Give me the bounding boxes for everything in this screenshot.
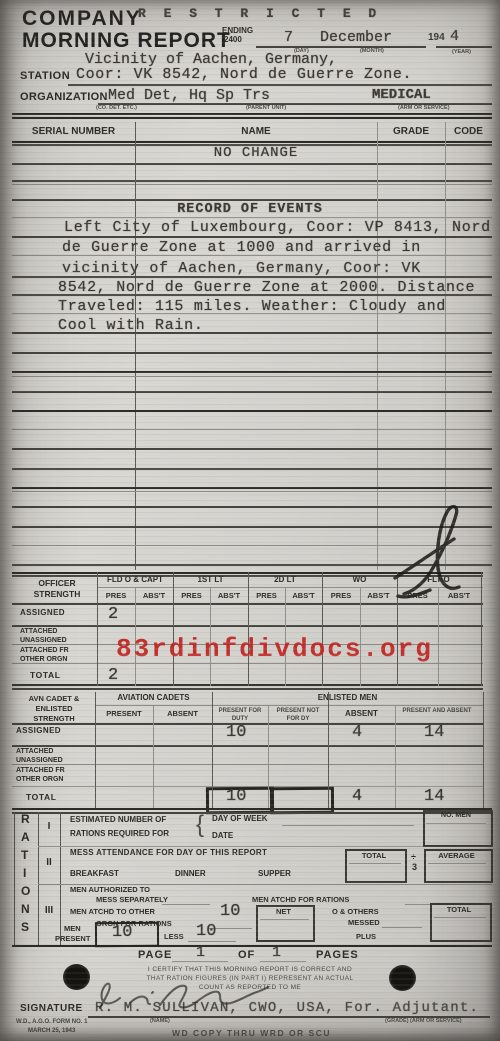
men-atchd-for-rations-label: MEN ATCHD FOR RATIONS [252, 896, 349, 904]
punch-hole [63, 964, 90, 990]
events-line: Left City of Luxembourg, Coor: VP 8413, … [64, 219, 491, 236]
grid-line [173, 572, 174, 686]
col-header-serial-number: SERIAL NUMBER [12, 127, 135, 138]
events-line: de Guerre Zone at 1000 and arrived in [62, 239, 421, 256]
col-absent: ABSENT [328, 710, 395, 719]
year-typed-value: 4 [450, 28, 459, 45]
enlisted-row-attached-other: ATTACHED FR OTHER ORGN [16, 767, 88, 785]
copy-routing-note: WD COPY THRU WRD OR SCU [172, 1029, 331, 1038]
rations-letter: A [21, 831, 30, 844]
morning-report-scan: R E S T R I C T E D COMPANY MORNING REPO… [0, 0, 500, 1041]
rule [12, 487, 492, 489]
page-label: PAGE [138, 950, 172, 962]
breakfast-label: BREAKFAST [70, 870, 119, 879]
rule [12, 448, 492, 450]
rule [12, 113, 492, 115]
month-label: (MONTH) [360, 49, 384, 55]
subcol-abst: ABS'T [285, 592, 322, 600]
column-line [135, 122, 136, 570]
officer-group-fldo: FLD O & CAPT [97, 576, 173, 585]
col-present-for-duty: PRESENT FOR DUTY [214, 708, 266, 724]
officer-assigned-value: 2 [108, 605, 118, 624]
men-present-value: 10 [112, 923, 132, 942]
signature-label: SIGNATURE [20, 1004, 83, 1015]
mess-attendance-title: MESS ATTENDANCE FOR DAY OF THIS REPORT [70, 849, 267, 858]
date-day-value: 7 [284, 29, 293, 46]
grid-line [268, 705, 269, 808]
officer-row-total: TOTAL [30, 671, 61, 680]
rule [12, 564, 492, 566]
signature-typed-name: R. M. SULLIVAN, CWO, USA, For. Adjutant. [95, 1000, 479, 1016]
group-enlisted-men: ENLISTED MEN [212, 694, 483, 703]
station-label: STATION [20, 71, 70, 83]
grid-line [481, 572, 482, 686]
rule [12, 294, 492, 296]
dinner-label: DINNER [175, 870, 206, 879]
officer-group-flto: FLT O [397, 576, 480, 585]
form-number: W.D., A.G.O. FORM NO. 1 [16, 1019, 87, 1025]
grid-line [328, 692, 329, 808]
rule [12, 410, 492, 412]
grid-line [395, 705, 396, 808]
watermark-text: 83rdinfdivdocs.org [116, 634, 433, 664]
rule [12, 526, 492, 528]
form-title-company: COMPANY [22, 8, 142, 31]
rule [349, 863, 401, 864]
o-and-others-line1: O & OTHERS [332, 908, 379, 916]
officer-group-1stlt: 1ST LT [173, 576, 248, 585]
grade-arm-label: (GRADE) (ARM OR SERVICE) [385, 1019, 462, 1025]
rule [12, 376, 492, 377]
rule [12, 688, 483, 690]
officer-group-wo: WO [322, 576, 397, 585]
organization-value: Med Det, Hq Sp Trs [108, 87, 270, 104]
subcol-abst: ABS'T [210, 592, 248, 600]
less-label: LESS [164, 933, 184, 941]
certification-line: THAT RATION FIGURES (IN PART I) REPRESEN… [120, 975, 380, 982]
form-date: MARCH 25, 1943 [28, 1028, 75, 1034]
pages-label: PAGES [316, 950, 359, 962]
rule [12, 945, 492, 947]
column-line [377, 122, 378, 570]
rule [12, 313, 492, 314]
col-av-absent: ABSENT [153, 710, 212, 718]
subcol-pres: PRES [173, 592, 210, 600]
page-number: 1 [196, 944, 205, 961]
no-men-label: NO. MEN [423, 812, 489, 820]
certification-line: I CERTIFY THAT THIS MORNING REPORT IS CO… [120, 966, 380, 973]
form-title-morning-report: MORNING REPORT [22, 30, 231, 53]
date-label: DATE [212, 832, 233, 841]
rations-total-label: TOTAL [430, 906, 488, 914]
men-present-line2: PRESENT [55, 935, 90, 943]
rations-estimated-line1: ESTIMATED NUMBER OF [70, 816, 166, 825]
year-printed: 194 [428, 33, 445, 44]
punch-hole [389, 965, 416, 991]
organization-label: ORGANIZATION [20, 92, 108, 104]
name-label: (NAME) [150, 1019, 170, 1025]
section-numeral-2: II [38, 858, 60, 869]
rule [260, 919, 309, 920]
grid-line [95, 692, 96, 808]
hand-drawn-box [270, 787, 334, 814]
rule [12, 371, 492, 373]
plus-label: PLUS [356, 933, 376, 941]
officer-strength-title: OFFICER STRENGTH [18, 578, 96, 600]
subcol-abst: ABS'T [438, 592, 480, 600]
enlisted-row-assigned: ASSIGNED [16, 727, 61, 736]
rule [428, 863, 486, 864]
rations-estimated-line2: RATIONS REQUIRED FOR [70, 830, 169, 839]
rule [12, 764, 483, 765]
col-av-present: PRESENT [95, 710, 153, 718]
brace-glyph: { [196, 812, 204, 838]
rations-letter: S [21, 921, 29, 934]
subcol-abst: ABS'T [135, 592, 173, 600]
rule [12, 429, 492, 430]
average-label: AVERAGE [424, 852, 489, 860]
rule [12, 163, 492, 165]
officer-row-assigned: ASSIGNED [20, 609, 65, 618]
subcol-pres: PRES [248, 592, 285, 600]
section-numeral-1: I [38, 822, 60, 833]
rule [12, 141, 492, 143]
enlisted-total-pa: 14 [424, 787, 444, 806]
rations-letter: T [21, 849, 28, 862]
pages-number: 1 [272, 944, 281, 961]
record-of-events-title: RECORD OF EVENTS [130, 202, 370, 218]
blank-underline [162, 904, 210, 905]
co-det-label: (CO. DET. ETC.) [96, 106, 137, 112]
supper-label: SUPPER [258, 870, 291, 879]
men-atchd-other-line1: MEN ATCHD TO OTHER [70, 908, 155, 916]
men-present-line1: MEN [64, 925, 81, 933]
rule [12, 276, 492, 278]
subcol-abst: ABS'T [360, 592, 397, 600]
section-numeral-3: III [38, 906, 60, 917]
enlisted-assigned-absent: 4 [352, 723, 362, 742]
rule [426, 823, 486, 824]
rule [12, 391, 492, 393]
blank-underline [172, 961, 228, 962]
rule [12, 184, 492, 185]
men-atchd-other-value: 10 [220, 902, 240, 921]
mess-total-label: TOTAL [345, 852, 403, 860]
rule [12, 723, 483, 725]
parent-unit-label: (PARENT UNIT) [246, 106, 286, 112]
grid-line [483, 692, 484, 808]
col-present-and-absent: PRESENT AND ABSENT [397, 708, 477, 716]
col-header-name: NAME [135, 127, 377, 138]
col-present-not-for-dy: PRESENT NOT FOR DY [270, 708, 326, 724]
rule [12, 352, 492, 354]
subcol-pres: PRES [322, 592, 360, 600]
subcol-pres: PRES [397, 592, 438, 600]
rations-letter: O [21, 885, 30, 898]
officer-row-attached-unassigned: ATTACHED UNASSIGNED [20, 628, 92, 646]
events-line: vicinity of Aachen, Germany, Coor: VK [62, 260, 421, 277]
grid-line [97, 572, 98, 686]
blank-underline [188, 941, 236, 942]
officer-row-attached-other: ATTACHED FR OTHER ORGN [20, 647, 92, 665]
rule [12, 117, 492, 119]
year-underline [436, 46, 492, 48]
rule [12, 745, 483, 747]
column-line [445, 122, 446, 570]
enlisted-total-pfd: 10 [226, 787, 246, 806]
rule [12, 468, 492, 470]
rule [12, 255, 492, 256]
blank-underline [282, 825, 414, 826]
enlisted-total-absent: 4 [352, 787, 362, 806]
rule [12, 180, 492, 182]
grid-line [153, 705, 154, 808]
rule [12, 491, 492, 492]
enlisted-row-total: TOTAL [26, 793, 57, 802]
rule [12, 545, 492, 546]
rule [12, 217, 492, 218]
grid-line [248, 572, 249, 686]
grid-line [60, 812, 61, 945]
certification-line: COUNT AS REPORTED TO ME [120, 984, 380, 991]
enlisted-row-attached-unassigned: ATTACHED UNASSIGNED [16, 748, 88, 766]
net-label: NET [256, 908, 311, 916]
restricted-stamp: R E S T R I C T E D [138, 6, 381, 21]
rations-letter: I [23, 867, 26, 880]
day-of-week-label: DAY OF WEEK [212, 815, 268, 824]
rule [97, 587, 483, 588]
col-header-grade: GRADE [377, 127, 445, 138]
date-month-value: December [320, 29, 392, 46]
men-authorized-line2: MESS SEPARATELY [96, 896, 168, 904]
rations-letter: R [21, 813, 30, 826]
blank-underline [260, 961, 306, 962]
enlisted-assigned-pfd: 10 [226, 723, 246, 742]
divide-number: 3 [412, 863, 417, 873]
rations-letter: N [21, 903, 30, 916]
arm-service-value: MEDICAL [372, 87, 431, 103]
col-header-code: CODE [445, 127, 492, 138]
station-underline [68, 84, 492, 86]
ending-value: 2400 [224, 36, 242, 45]
of-label: OF [238, 950, 255, 962]
enlisted-strength-title: AVN CADET & ENLISTED STRENGTH [14, 694, 94, 723]
date-underline [256, 46, 426, 48]
rule [12, 332, 492, 334]
rule [12, 808, 492, 810]
group-aviation-cadets: AVIATION CADETS [95, 694, 212, 703]
grid-line [322, 572, 323, 686]
officer-total-value: 2 [108, 666, 118, 685]
rule [434, 917, 486, 918]
rule [12, 236, 492, 238]
rule [12, 506, 492, 508]
no-change-entry: NO CHANGE [135, 145, 377, 161]
o-and-others-line2: MESSED [348, 919, 380, 927]
grid-line [14, 812, 15, 945]
subcol-pres: PRES [97, 592, 135, 600]
officer-group-2dlt: 2D LT [248, 576, 322, 585]
blank-underline [382, 927, 422, 928]
arm-service-label: (ARM OR SERVICE) [398, 106, 450, 112]
less-value: 10 [196, 922, 216, 941]
men-authorized-line1: MEN AUTHORIZED TO [70, 886, 150, 894]
rule [12, 199, 492, 201]
station-value: Coor: VK 8542, Nord de Guerre Zone. [76, 66, 412, 83]
grid-line [212, 692, 213, 808]
grid-line [397, 572, 398, 686]
enlisted-assigned-pa: 14 [424, 723, 444, 742]
grid-line [438, 588, 439, 686]
year-label: (YEAR) [452, 50, 471, 56]
